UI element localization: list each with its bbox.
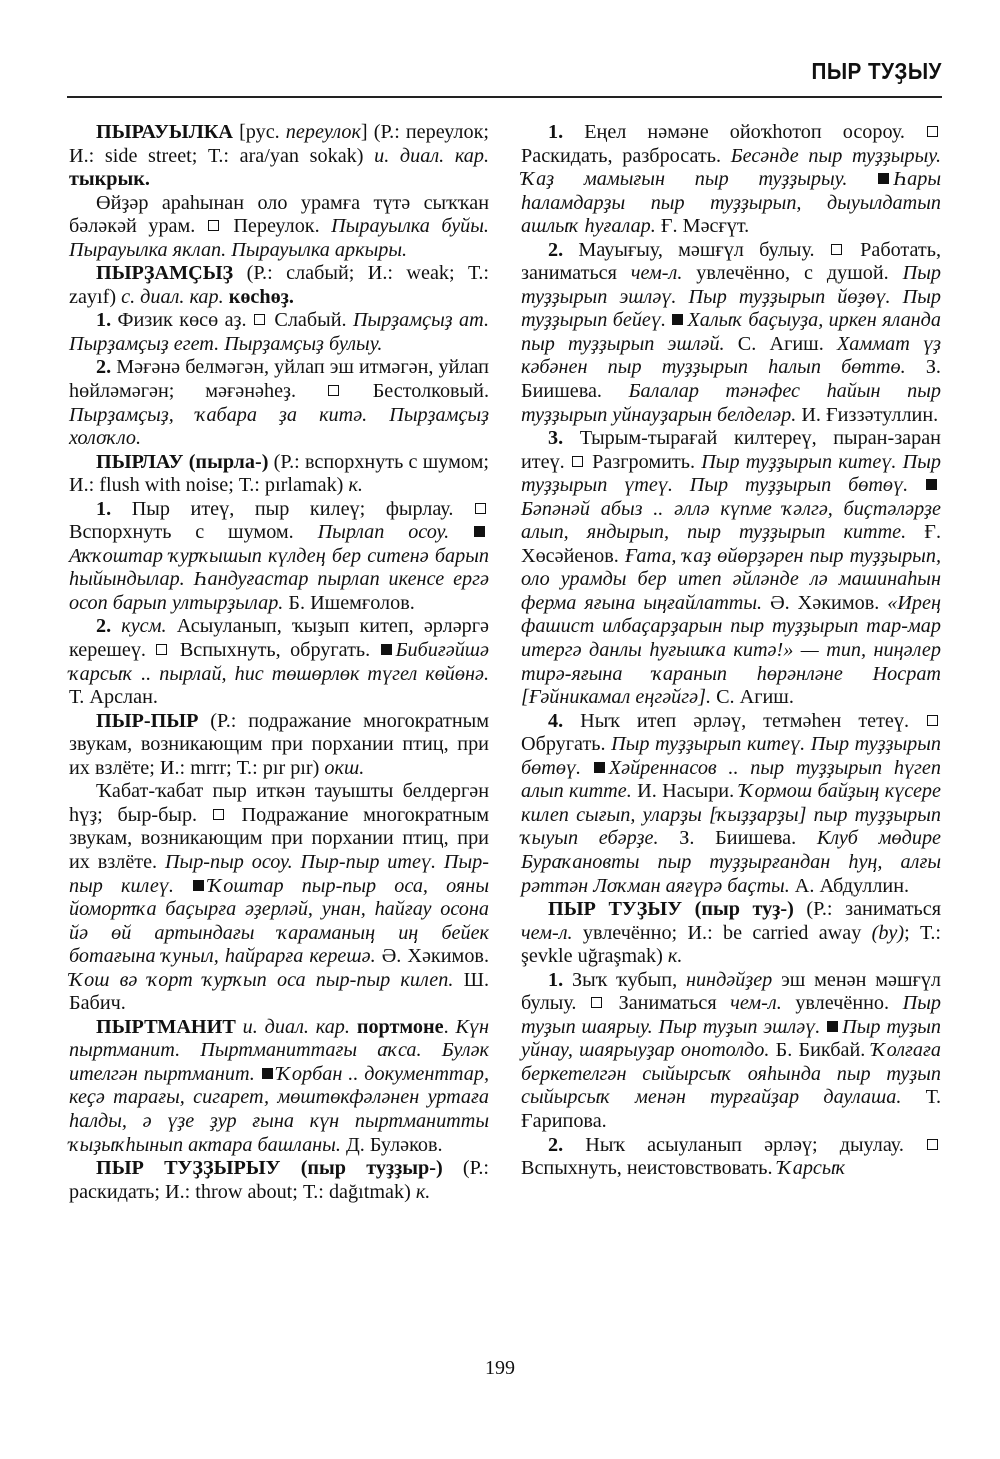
filled-square-icon [672,314,683,325]
filled-square-icon [193,880,204,891]
page-number: 199 [0,1357,1000,1380]
open-square-icon [254,314,265,325]
entry-pyr-tuzyu: ПЫР ТУҘЫУ (пыр туҙ-) (Р.: заниматься чем… [521,898,941,969]
headword: ПЫРТМАНИТ [96,1016,236,1038]
open-square-icon [927,126,938,137]
filled-square-icon [827,1021,838,1032]
open-square-icon [475,503,486,514]
open-square-icon [927,1139,938,1150]
right-column: 1. Еңел нәмәне ойоҡһотоп осороу. Раскида… [521,121,941,1181]
entry-pyrtmanit: ПЫРТМАНИТ и. диал. кар. портмоне. Күн пы… [69,1016,489,1157]
open-square-icon [831,244,842,255]
headword: ПЫРАУЫЛКА [96,121,233,143]
left-column: ПЫРАУЫЛКА [рус. переулок] (Р.: переулок;… [69,121,489,1204]
sense-2: 2. Ныҡ асыуланып әрләү; дыулау. Вспыхнут… [521,1134,941,1181]
filled-square-icon [878,173,889,184]
entry-pyrlau: ПЫРЛАУ (пырла-) (Р.: вспорхнуть с шумом;… [69,451,489,498]
open-square-icon [927,715,938,726]
sense-1: 1. Пыр итеү, пыр килеү; фырлау. Вспорхну… [69,498,489,616]
entry-pyr-tuzzyryu: ПЫР ТУҘҘЫРЫУ (пыр туҙҙыр-) (Р.: раскидат… [69,1157,489,1204]
entry-pyr-pyr: ПЫР-ПЫР (Р.: подражание многократным зву… [69,710,489,781]
open-square-icon [156,644,167,655]
filled-square-icon [594,762,605,773]
definition: Ҡабат-ҡабат пыр иткән тауышты белдергән … [69,780,489,1015]
header-rule [67,96,942,98]
headword: ПЫР ТУҘЫУ (пыр туҙ-) [548,898,794,920]
headword: ПЫРҘАМҪЫҘ [96,262,233,284]
entry-pyrauylka: ПЫРАУЫЛКА [рус. переулок] (Р.: переулок;… [69,121,489,192]
headword: ПЫР ТУҘҘЫРЫУ (пыр туҙҙыр-) [96,1157,443,1179]
open-square-icon [572,456,583,467]
sense-2: 2. Мауығыу, мәшғүл булыу. Работать, зани… [521,239,941,427]
sense-2: 2. кусм. Асыуланып, ҡыҙып китеп, әрләргә… [69,615,489,709]
sense-1: 1. Физик көсө аҙ. Слабый. Пырҙамҫыҙ ат. … [69,309,489,356]
running-head: ПЫР ТУҘЫУ [812,58,942,85]
sense-1: 1. Зыҡ ҡубып, ниндәйҙер эш менән мәшғүл … [521,969,941,1134]
headword: ПЫР-ПЫР [96,710,198,732]
filled-square-icon [926,479,937,490]
filled-square-icon [474,526,485,537]
open-square-icon [208,220,219,231]
filled-square-icon [262,1068,273,1079]
sense-3: 3. Тырым-тырағай килтереү, пыран-заран и… [521,427,941,710]
sense-4: 4. Ныҡ итеп әрләү, тетмәһен тетеү. Обруг… [521,710,941,898]
open-square-icon [591,997,602,1008]
open-square-icon [328,385,339,396]
sense-2: 2. Мәғәнә белмәгән, уйлап эш итмәгән, уй… [69,356,489,450]
open-square-icon [213,809,224,820]
entry-pyrzamsyz: ПЫРҘАМҪЫҘ (Р.: слабый; И.: weak; Т.: zay… [69,262,489,309]
definition: Өйҙәр араһынан оло урамға түтә сыҡҡан бә… [69,192,489,263]
filled-square-icon [381,644,392,655]
sense-1: 1. Еңел нәмәне ойоҡһотоп осороу. Раскида… [521,121,941,239]
headword: ПЫРЛАУ (пырла-) [96,451,268,473]
